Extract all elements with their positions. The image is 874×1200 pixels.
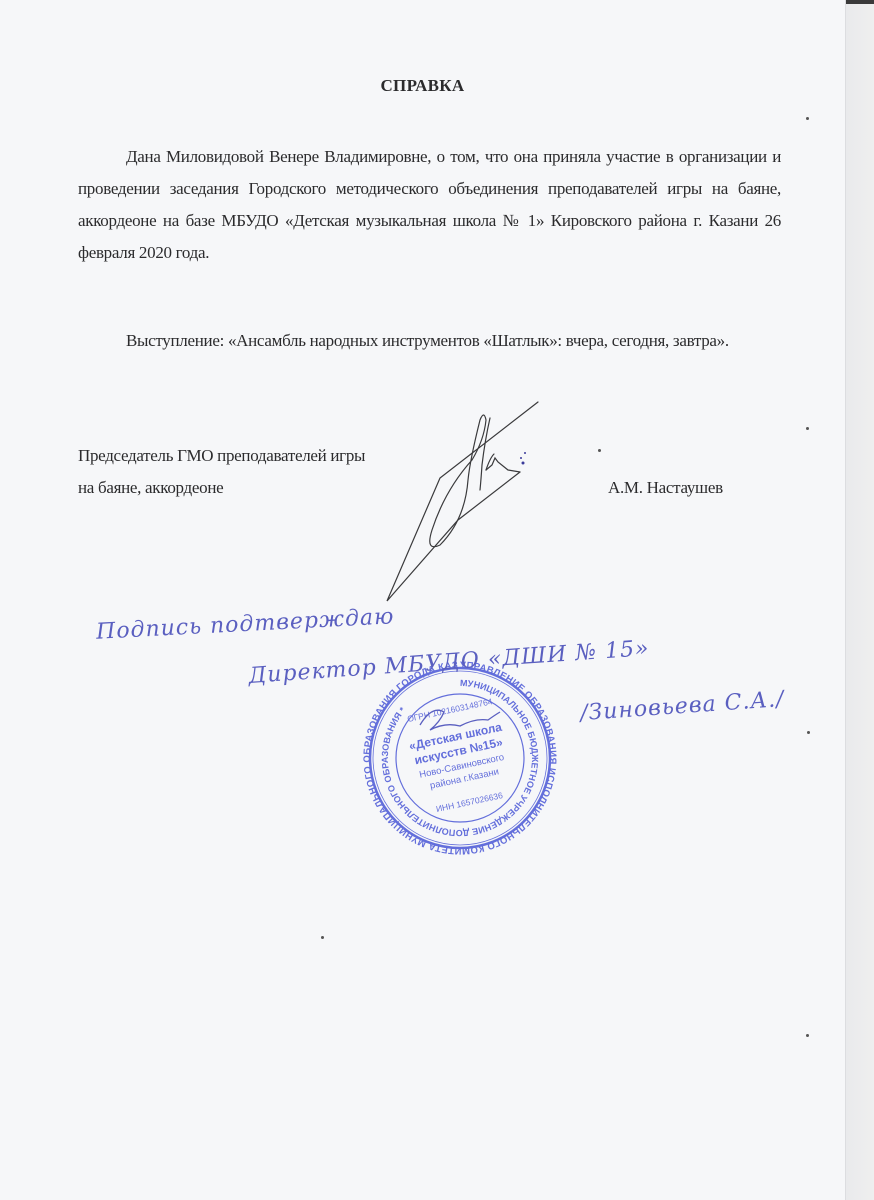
signatory-position: Председатель ГМО преподавателей игры на … xyxy=(78,440,365,504)
scan-edge-strip xyxy=(845,0,874,1200)
scan-speck xyxy=(806,427,809,430)
presentation-paragraph: Выступление: «Ансамбль народных инструме… xyxy=(78,325,781,357)
scan-speck xyxy=(806,117,809,120)
scan-speck xyxy=(321,936,324,939)
certificate-body-paragraph: Дана Миловидовой Венере Владимировне, о … xyxy=(78,141,781,269)
scan-edge-shadow xyxy=(846,0,874,4)
scan-speck xyxy=(807,731,810,734)
scan-speck xyxy=(598,449,601,452)
signatory-name: А.М. Настаушев xyxy=(608,472,723,504)
signatory-position-line2: на баяне, аккордеоне xyxy=(78,472,365,504)
scan-speck xyxy=(806,1034,809,1037)
document-title: СПРАВКА xyxy=(0,76,845,96)
signatory-position-line1: Председатель ГМО преподавателей игры xyxy=(78,440,365,472)
